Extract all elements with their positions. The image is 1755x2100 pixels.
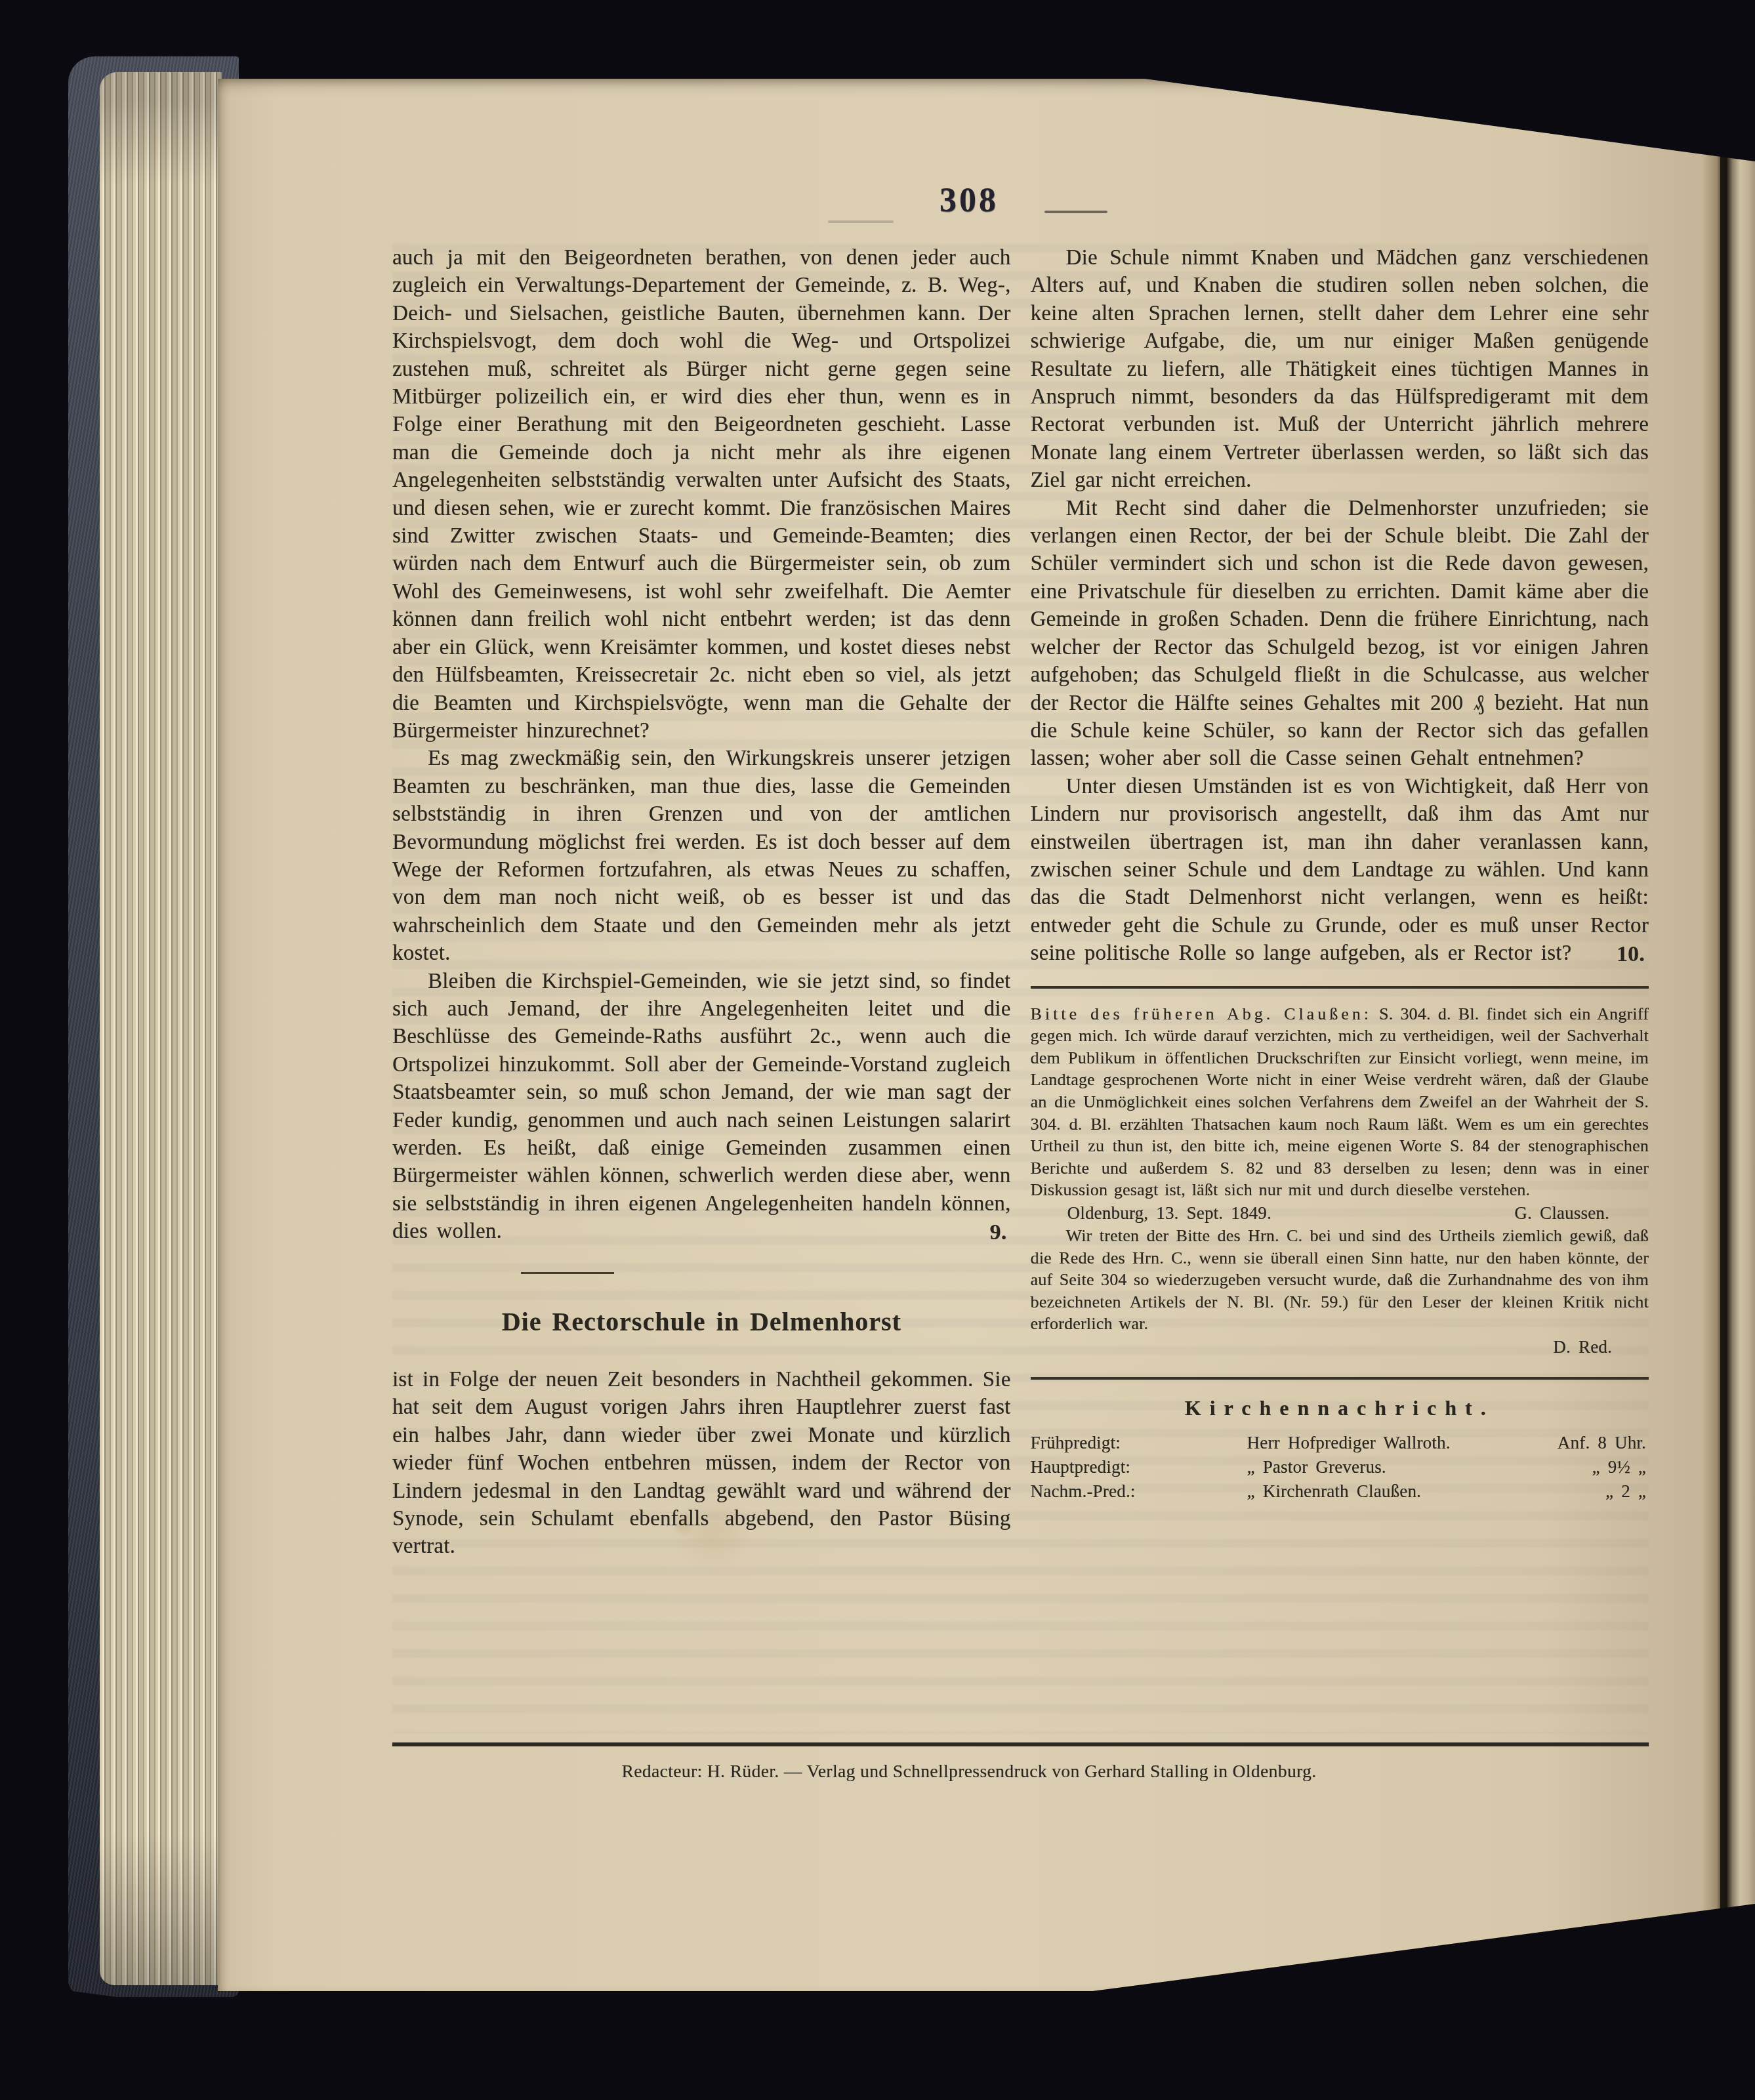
page-edge-stack [100, 72, 222, 1985]
page-gutter-shadow [1702, 92, 1755, 1981]
text-columns: auch ja mit den Beigeordneten berathen, … [392, 244, 1649, 1561]
service-time: „ 9½ „ [1482, 1455, 1649, 1479]
scan-shadow-bottom-left [0, 1981, 525, 2100]
service-label: Hauptpredigt: [1031, 1455, 1214, 1479]
imprint-rule [392, 1742, 1649, 1746]
header-dash-right [1044, 211, 1107, 213]
letter-lead: Bitte des früheren Abg. Claußen: [1031, 1004, 1372, 1023]
paragraph: auch ja mit den Beigeordneten berathen, … [392, 244, 1011, 745]
paragraph: Unter diesen Umständen ist es von Wichti… [1031, 773, 1649, 968]
article-separator-rule [521, 1272, 614, 1274]
column-right: Die Schule nimmt Knaben und Mädchen ganz… [1031, 244, 1649, 1561]
letter-dateline: Oldenburg, 13. Sept. 1849. [1067, 1201, 1271, 1225]
article-heading: Die Rectorschule in Delmenhorst [392, 1308, 1011, 1336]
column-left: auch ja mit den Beigeordneten berathen, … [392, 244, 1011, 1561]
service-label: Frühpredigt: [1031, 1431, 1214, 1455]
section-rule [1031, 1377, 1649, 1380]
section-rule [1031, 986, 1649, 989]
church-row: Frühpredigt: Herr Hofprediger Wallroth. … [1031, 1431, 1649, 1455]
church-notice-heading: Kirchennachricht. [1031, 1394, 1649, 1422]
scanned-book-photo: 308 auch ja mit den Beigeordneten berath… [0, 0, 1755, 2100]
paragraph-text: Unter diesen Umständen ist es von Wichti… [1031, 775, 1649, 965]
paragraph-text: Bleiben die Kirchspiel-Gemeinden, wie si… [392, 970, 1011, 1244]
service-label: Nachm.-Pred.: [1031, 1479, 1214, 1504]
church-service-table: Frühpredigt: Herr Hofprediger Wallroth. … [1031, 1431, 1649, 1504]
letter-body: S. 304. d. Bl. findet sich ein Angriff g… [1031, 1004, 1649, 1200]
header-dash-left [828, 220, 894, 223]
service-preacher: „ Pastor Greverus. [1214, 1455, 1483, 1479]
page-number: 308 [939, 182, 999, 219]
church-row: Hauptpredigt: „ Pastor Greverus. „ 9½ „ [1031, 1455, 1649, 1479]
service-time: „ 2 „ [1482, 1479, 1649, 1504]
article-number: 9. [955, 1219, 1007, 1246]
service-preacher: Herr Hofprediger Wallroth. [1214, 1431, 1483, 1455]
paragraph: Es mag zweckmäßig sein, den Wirkungskrei… [392, 745, 1011, 967]
page-header: 308 [218, 181, 1720, 220]
church-row: Nachm.-Pred.: „ Kirchenrath Claußen. „ 2… [1031, 1479, 1649, 1504]
letter-signature: G. Claussen. [1514, 1201, 1609, 1225]
imprint-line: Redacteur: H. Rüder. — Verlag und Schnel… [218, 1761, 1720, 1782]
editor-reply: Wir treten der Bitte des Hrn. C. bei und… [1031, 1225, 1649, 1335]
readers-letter: Bitte des früheren Abg. Claußen: S. 304.… [1031, 1003, 1649, 1201]
paragraph: ist in Folge der neuen Zeit besonders in… [392, 1366, 1011, 1561]
service-preacher: „ Kirchenrath Claußen. [1214, 1479, 1483, 1504]
paragraph: Die Schule nimmt Knaben und Mädchen ganz… [1031, 244, 1649, 495]
paragraph: Mit Recht sind daher die Delmenhorster u… [1031, 495, 1649, 773]
service-time: Anf. 8 Uhr. [1482, 1431, 1649, 1455]
article-number: 10. [1581, 941, 1645, 968]
editor-reply-signature: D. Red. [1031, 1335, 1649, 1359]
paragraph: Bleiben die Kirchspiel-Gemeinden, wie si… [392, 968, 1011, 1246]
letter-dateline-row: Oldenburg, 13. Sept. 1849. G. Claussen. [1031, 1201, 1649, 1225]
